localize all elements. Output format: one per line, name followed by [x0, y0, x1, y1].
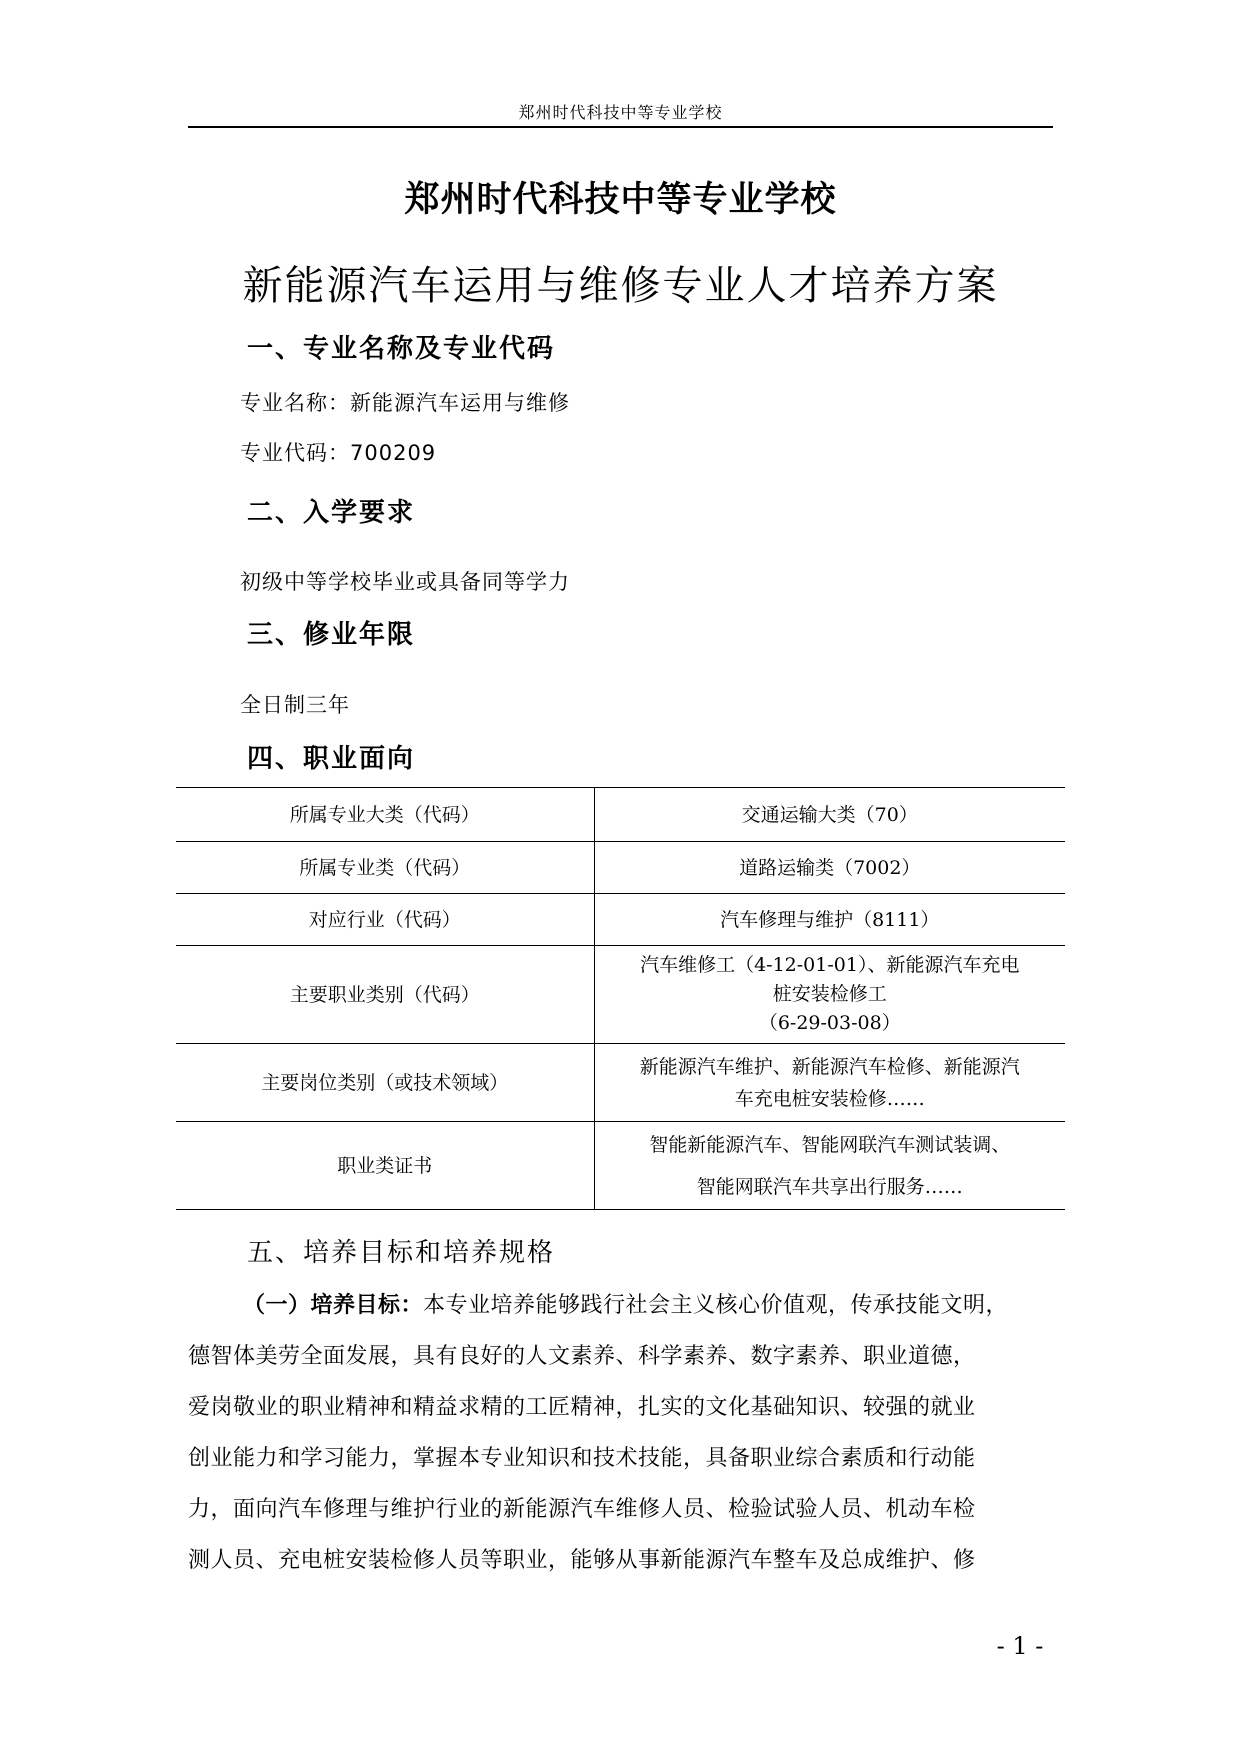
section-heading-2: 二、入学要求	[247, 492, 415, 529]
table-cell-value-line: 新能源汽车维护、新能源汽车检修、新能源汽	[603, 1051, 1057, 1083]
section-heading-5: 五、培养目标和培养规格	[247, 1232, 555, 1269]
table-cell-value-line: 智能网联汽车共享出行服务……	[603, 1166, 1057, 1208]
table-cell-value: 汽车维修工（4-12-01-01）、新能源汽车充电 桩安装检修工 （6-29-0…	[594, 946, 1065, 1044]
table-cell-label: 主要职业类别（代码）	[176, 946, 594, 1044]
running-header: 郑州时代科技中等专业学校	[188, 100, 1053, 123]
table-row: 对应行业（代码） 汽车修理与维护（8111）	[176, 894, 1065, 946]
header-divider	[188, 126, 1053, 128]
page-number: - 1 -	[970, 1632, 1070, 1660]
table-row: 职业类证书 智能新能源汽车、智能网联汽车测试装调、 智能网联汽车共享出行服务……	[176, 1122, 1065, 1210]
paragraph-line: 测人员、充电桩安装检修人员等职业，能够从事新能源汽车整车及总成维护、修	[188, 1543, 1054, 1574]
table-cell-label: 职业类证书	[176, 1122, 594, 1210]
career-orientation-table: 所属专业大类（代码） 交通运输大类（70） 所属专业类（代码） 道路运输类（70…	[176, 787, 1065, 1210]
section-heading-1: 一、专业名称及专业代码	[247, 328, 555, 365]
table-cell-value: 汽车修理与维护（8111）	[594, 894, 1065, 946]
paragraph-line: 德智体美劳全面发展，具有良好的人文素养、科学素养、数字素养、职业道德，	[188, 1339, 1054, 1370]
study-duration-line: 全日制三年	[240, 689, 350, 719]
table-cell-value: 智能新能源汽车、智能网联汽车测试装调、 智能网联汽车共享出行服务……	[594, 1122, 1065, 1210]
paragraph-line: 力，面向汽车修理与维护行业的新能源汽车维修人员、检验试验人员、机动车检	[188, 1492, 1054, 1523]
table-cell-value-line: 交通运输大类（70）	[603, 799, 1057, 831]
table-cell-value: 新能源汽车维护、新能源汽车检修、新能源汽 车充电桩安装检修……	[594, 1044, 1065, 1122]
major-code-line: 专业代码：700209	[240, 437, 436, 467]
table-cell-value-line: 车充电桩安装检修……	[603, 1083, 1057, 1115]
table-cell-value-line: （6-29-03-08）	[603, 1009, 1057, 1038]
goal-label: （一）培养目标：	[243, 1293, 423, 1318]
paragraph-line: 爱岗敬业的职业精神和精益求精的工匠精神，扎实的文化基础知识、较强的就业	[188, 1390, 1054, 1421]
table-cell-label: 主要岗位类别（或技术领域）	[176, 1044, 594, 1122]
table-cell-value: 道路运输类（7002）	[594, 842, 1065, 894]
document-school-title: 郑州时代科技中等专业学校	[0, 172, 1241, 222]
table-row: 所属专业类（代码） 道路运输类（7002）	[176, 842, 1065, 894]
section-heading-4: 四、职业面向	[247, 738, 415, 775]
paragraph-line: （一）培养目标：本专业培养能够践行社会主义核心价值观，传承技能文明，	[243, 1288, 1109, 1319]
table-cell-label: 所属专业类（代码）	[176, 842, 594, 894]
paragraph-line: 创业能力和学习能力，掌握本专业知识和技术技能，具备职业综合素质和行动能	[188, 1441, 1054, 1472]
document-plan-title: 新能源汽车运用与维修专业人才培养方案	[0, 254, 1241, 311]
table-cell-label: 所属专业大类（代码）	[176, 788, 594, 842]
paragraph-text: 本专业培养能够践行社会主义核心价值观，传承技能文明，	[423, 1293, 1008, 1318]
table-cell-value: 交通运输大类（70）	[594, 788, 1065, 842]
table-row: 主要职业类别（代码） 汽车维修工（4-12-01-01）、新能源汽车充电 桩安装…	[176, 946, 1065, 1044]
section-heading-3: 三、修业年限	[247, 614, 415, 651]
major-name-line: 专业名称：新能源汽车运用与维修	[240, 387, 570, 417]
table-cell-value-line: 汽车修理与维护（8111）	[603, 904, 1057, 936]
admission-requirement-line: 初级中等学校毕业或具备同等学力	[240, 566, 570, 596]
table-cell-value-line: 智能新能源汽车、智能网联汽车测试装调、	[603, 1124, 1057, 1166]
table-cell-value-line: 汽车维修工（4-12-01-01）、新能源汽车充电	[603, 951, 1057, 980]
table-cell-value-line: 道路运输类（7002）	[603, 852, 1057, 884]
table-cell-value-line: 桩安装检修工	[603, 980, 1057, 1009]
table-row: 主要岗位类别（或技术领域） 新能源汽车维护、新能源汽车检修、新能源汽 车充电桩安…	[176, 1044, 1065, 1122]
table-row: 所属专业大类（代码） 交通运输大类（70）	[176, 788, 1065, 842]
table-cell-label: 对应行业（代码）	[176, 894, 594, 946]
